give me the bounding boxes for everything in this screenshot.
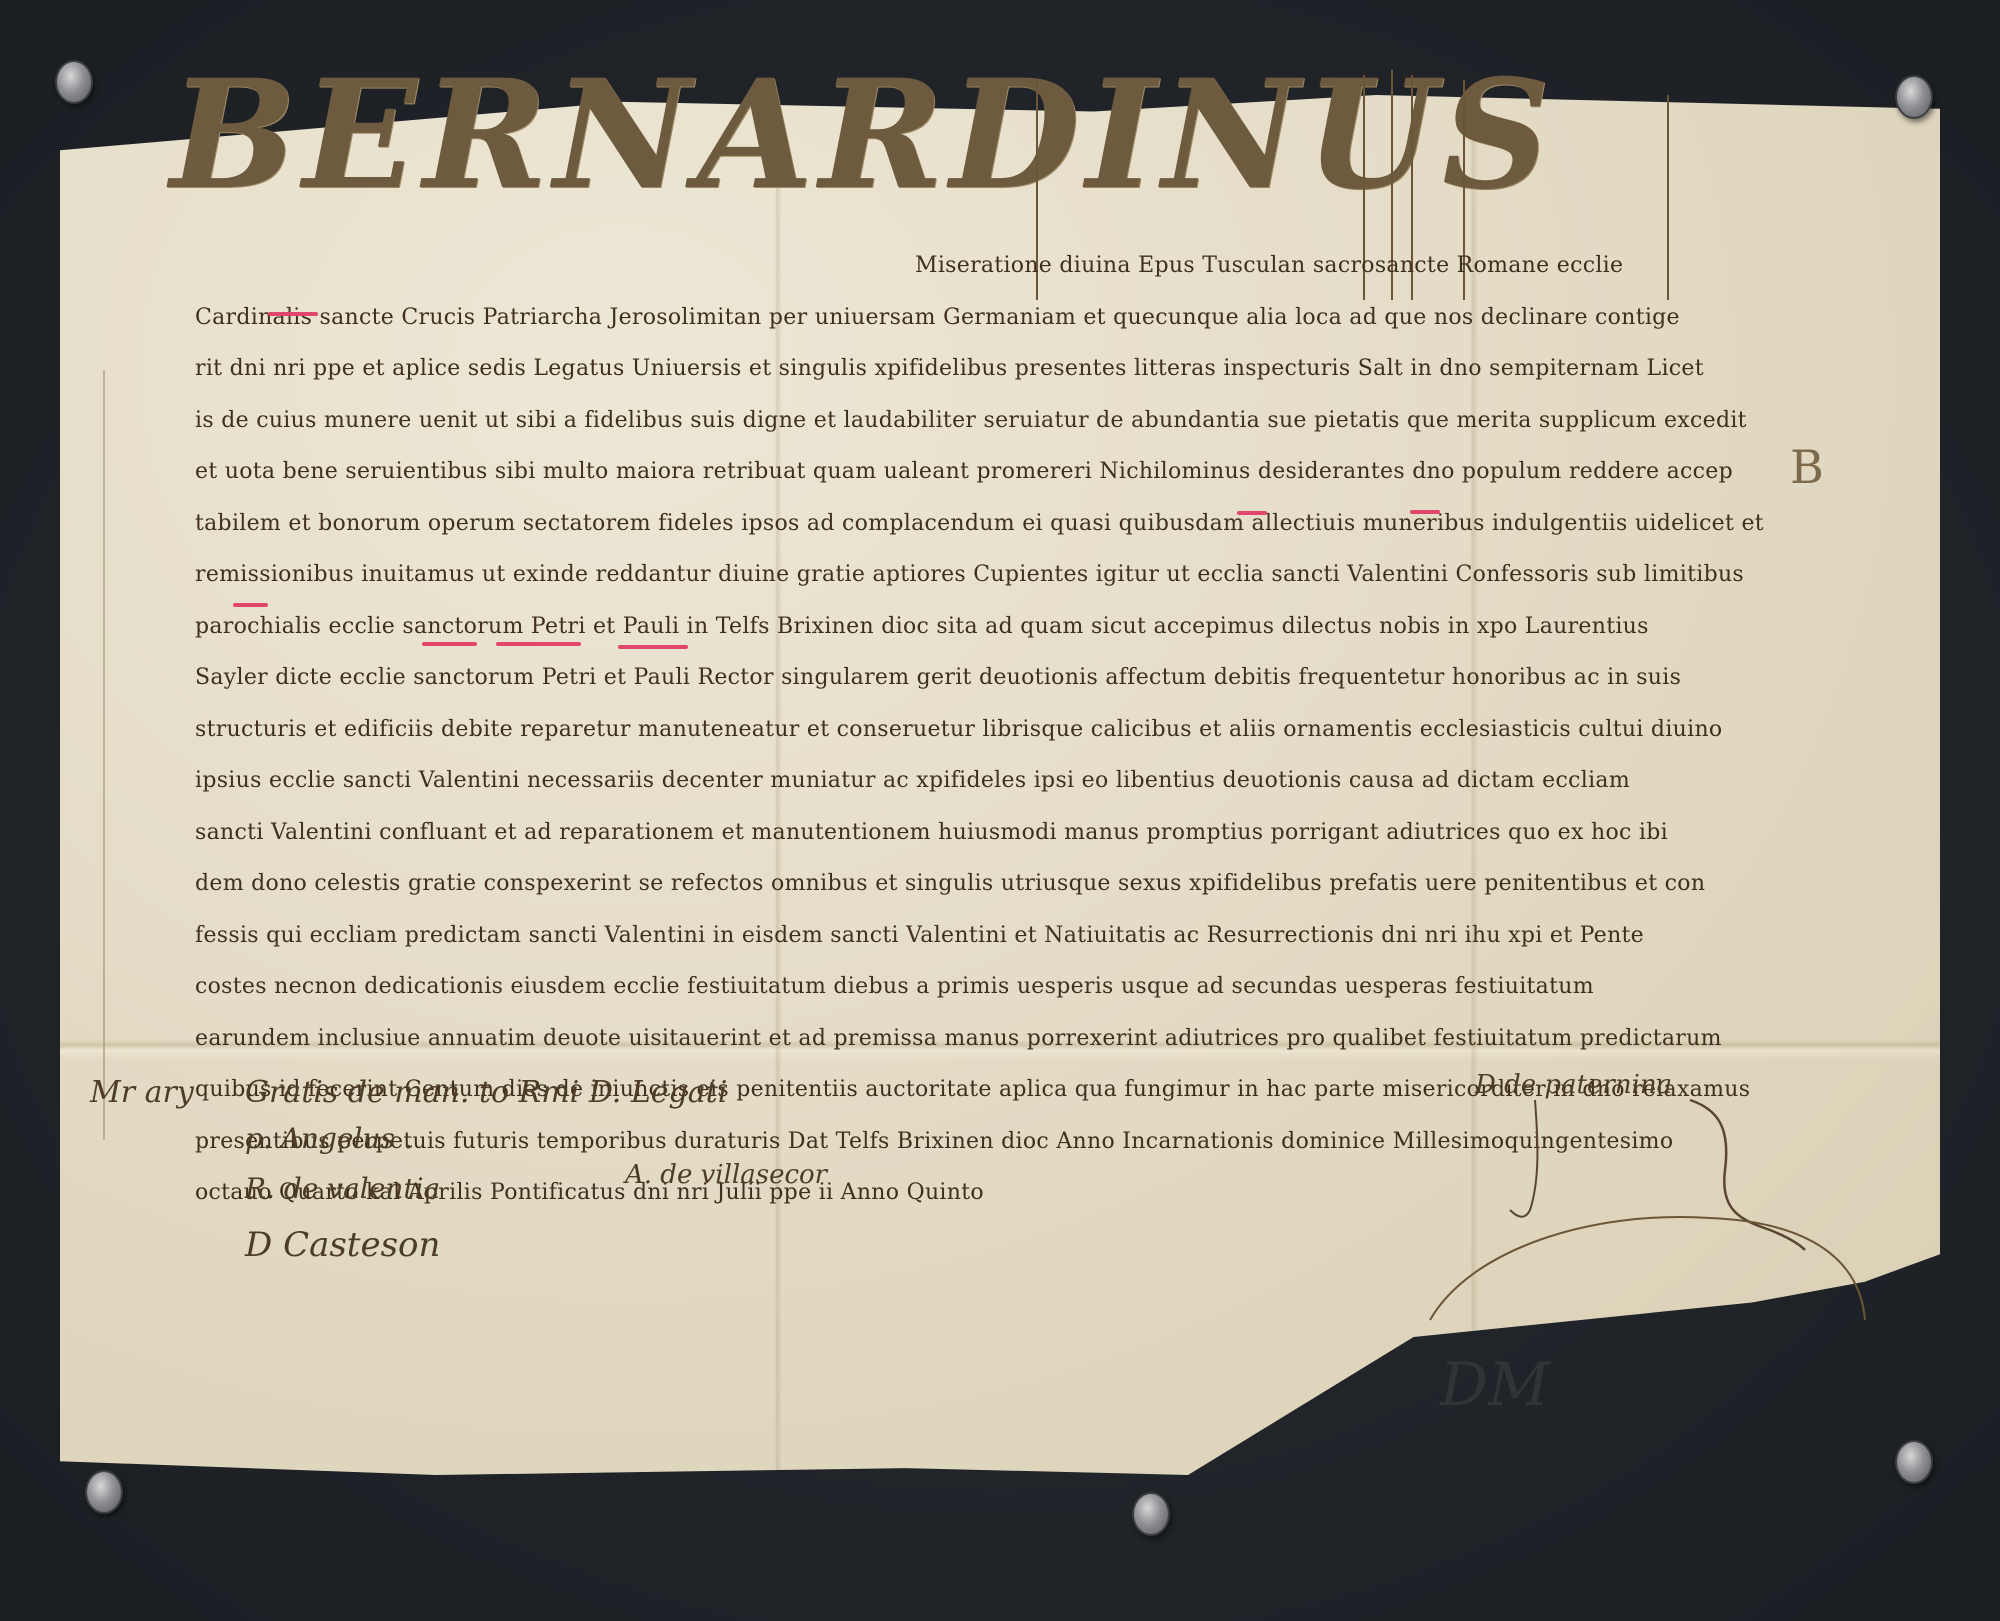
subscription-gratis: Gratis de man. to Rmi D. Legati [245, 1075, 727, 1110]
magnet-top-right [1895, 75, 1933, 119]
text-line: rit dni nri ppe et aplice sedis Legatus … [195, 343, 1820, 395]
text-line: dem dono celestis gratie conspexerint se… [195, 858, 1820, 910]
magnet-bottom-center [1132, 1492, 1170, 1536]
text-line: Cardinalis sancte Crucis Patriarcha Jero… [195, 292, 1820, 344]
rubric-underline [618, 645, 688, 649]
text-line: sancti Valentini confluant et ad reparat… [195, 807, 1820, 859]
text-line: tabilem et bonorum operum sectatorem fid… [195, 498, 1820, 550]
magnet-top-left [55, 60, 93, 104]
left-margin-note: Mr ary [90, 1075, 194, 1110]
text-line: structuris et edificiis debite reparetur… [195, 704, 1820, 756]
magnet-bottom-right [1895, 1440, 1933, 1484]
rubric-underline [422, 642, 477, 646]
rubric-underline [233, 603, 268, 607]
text-line: ipsius ecclie sancti Valentini necessari… [195, 755, 1820, 807]
text-line: et uota bene seruientibus sibi multo mai… [195, 446, 1820, 498]
signature-flourish [1390, 1070, 1910, 1330]
text-line: Sayler dicte ecclie sanctorum Petri et P… [195, 652, 1820, 704]
text-line: is de cuius munere uenit ut sibi a fidel… [195, 395, 1820, 447]
rubric-underline [1237, 511, 1267, 515]
subscription-villasecor: A. de villasecor [625, 1160, 827, 1190]
left-margin-rule [103, 370, 105, 1140]
faint-dorsal-trace: DM [1440, 1350, 1550, 1420]
subscription-casteson: D Casteson [245, 1225, 440, 1265]
subscription-angelus: p. Angelus . [245, 1122, 413, 1155]
text-line: costes necnon dedicationis eiusdem eccli… [195, 961, 1820, 1013]
text-line: Miseratione diuina Epus Tusculan sacrosa… [195, 240, 1820, 292]
magnet-bottom-left [85, 1470, 123, 1514]
decorated-heading-initials: BERNARDINUS [170, 60, 1556, 210]
rubric-underline [1410, 510, 1440, 514]
rubric-underline [496, 642, 581, 646]
subscription-valentia: R. de valentia [245, 1172, 440, 1205]
text-line: earundem inclusiue annuatim deuote uisit… [195, 1013, 1820, 1065]
text-line: remissionibus inuitamus ut exinde reddan… [195, 549, 1820, 601]
rubric-underline [268, 312, 318, 316]
text-line: fessis qui eccliam predictam sancti Vale… [195, 910, 1820, 962]
